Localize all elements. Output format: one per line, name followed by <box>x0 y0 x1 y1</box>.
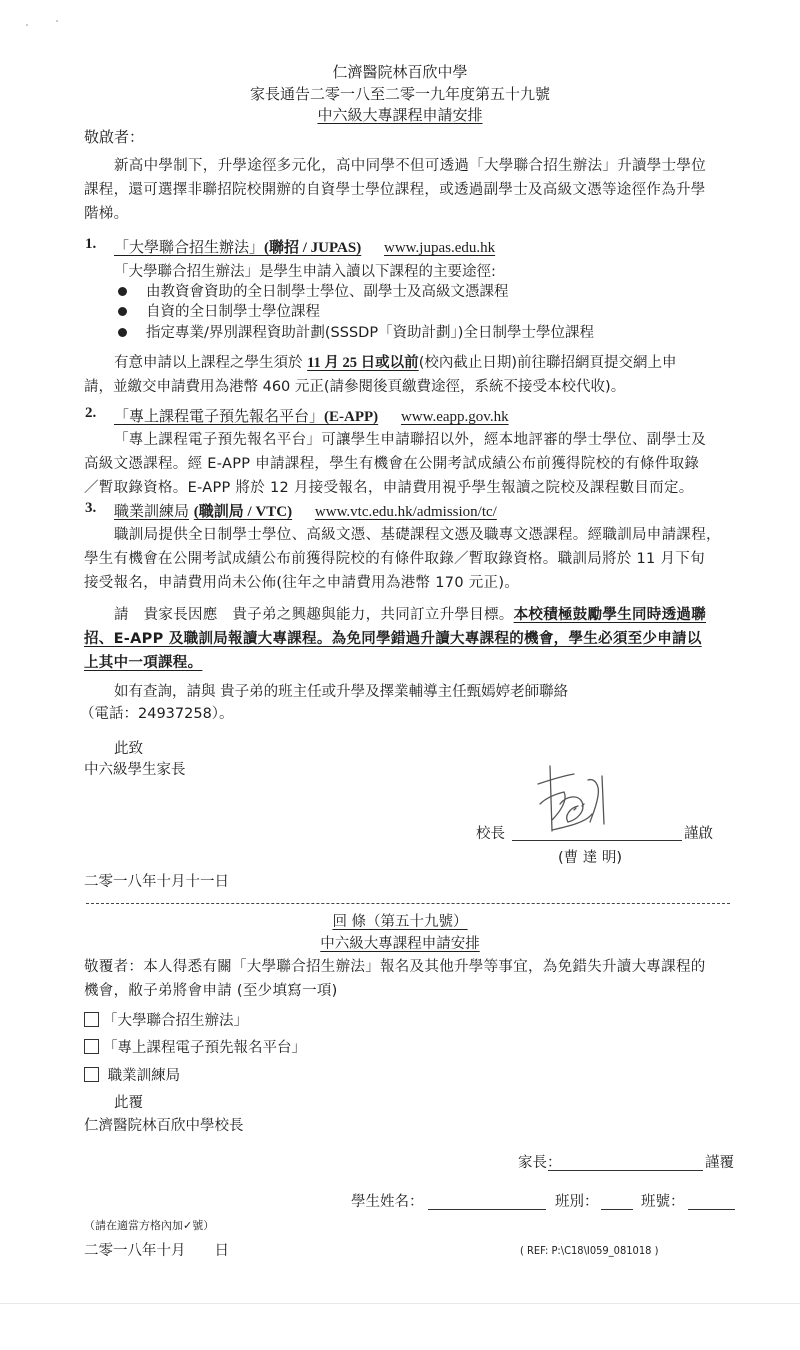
section-1-bullet: 自資的全日制學士學位課程 <box>146 302 320 322</box>
tick-note: （請在適當方格內加✓號） <box>84 1218 214 1234</box>
enquiry-line1: 如有查詢，請與 貴子弟的班主任或升學及擇業輔導主任甄嫣婷老師聯絡 <box>114 682 568 702</box>
principal-signature-icon <box>530 756 630 836</box>
principal-label: 校長 <box>476 824 505 844</box>
option-eapp[interactable]: 「專上課程電子預先報名平台」 <box>84 1038 306 1058</box>
checkbox-jupas[interactable] <box>84 1012 99 1027</box>
reply-date: 二零一八年十月 日 <box>84 1241 229 1261</box>
intro-line: 新高中學制下，升學途徑多元化，高中同學不但可透過「大學聯合招生辦法」升讀學士學位 <box>84 154 744 178</box>
section-3-body: 職訓局提供全日制學士學位、高級文憑、基礎課程文憑及職專文憑課程。經職訓局申請課程… <box>84 523 744 595</box>
section-1-number: 1. <box>85 236 96 253</box>
encourage-emphasis: 上其中一項課程。 <box>84 651 744 675</box>
notice-title-text: 中六級大專課程申請安排 <box>317 106 482 124</box>
section-3-label: 職業訓練局 <box>114 502 189 520</box>
section-3-abbr: (職訓局 / VTC) <box>194 504 292 520</box>
section-1-url[interactable]: www.jupas.edu.hk <box>384 240 495 256</box>
reply-slip-body: 敬覆者：本人得悉有關「大學聯合招生辦法」報名及其他升學等事宜，為免錯失升讀大專課… <box>84 955 744 1003</box>
section-2-heading: 「專上課程電子預先報名平台」(E-APP) www.eapp.gov.hk <box>114 405 509 426</box>
encourage-emphasis: 本校積極鼓勵學生同時透過聯 <box>514 607 706 623</box>
reply-slip-title-text: 回 條（第五十九號） <box>332 914 467 930</box>
encourage-plain: 請 貴家長因應 貴子弟之興趣與能力，共同訂立升學目標。 <box>114 607 514 623</box>
section-3-line: 學生有機會在公開考試成績公布前獲得院校的有條件取錄／暫取錄資格。職訓局將於 11… <box>84 547 744 571</box>
bullet-icon <box>118 307 127 316</box>
section-2-label: 「專上課程電子預先報名平台」 <box>114 407 324 425</box>
section-1-abbr: (聯招 / JUPAS) <box>264 240 361 256</box>
section-3-number: 3. <box>85 500 96 517</box>
section-2-url[interactable]: www.eapp.gov.hk <box>401 409 509 425</box>
class-no-field[interactable] <box>688 1209 735 1210</box>
salutation: 敬啟者： <box>84 127 144 147</box>
principal-respect: 謹啟 <box>684 824 713 844</box>
bullet-icon <box>118 287 127 296</box>
tear-off-line <box>86 903 730 904</box>
bullet-icon <box>118 328 127 337</box>
section-1-heading: 「大學聯合招生辦法」(聯招 / JUPAS) www.jupas.edu.hk <box>114 236 495 257</box>
section-1-label: 「大學聯合招生辦法」 <box>114 238 264 256</box>
option-jupas[interactable]: 「大學聯合招生辦法」 <box>84 1011 248 1031</box>
class-field[interactable] <box>601 1209 633 1210</box>
section-3-line: 職訓局提供全日制學士學位、高級文憑、基礎課程文憑及職專文憑課程。經職訓局申請課程… <box>84 523 744 547</box>
intro-line: 階梯。 <box>84 202 744 226</box>
encourage-emphasis: 招、E-APP 及職訓局報讀大專課程。為免同學錯過升讀大專課程的機會，學生必須至… <box>84 627 744 651</box>
closing-recipient: 中六級學生家長 <box>84 760 186 780</box>
closing-cizhi: 此致 <box>114 739 143 759</box>
reply-cifu: 此覆 <box>114 1093 143 1113</box>
option-eapp-label: 「專上課程電子預先報名平台」 <box>103 1040 306 1056</box>
section-2-line: ／暫取錄資格。E-APP 將於 12 月接受報名，申請費用視乎學生報讀之院校及課… <box>84 476 744 500</box>
notice-date: 二零一八年十月十一日 <box>84 872 229 892</box>
student-name-field[interactable] <box>428 1209 546 1210</box>
notice-number: 家長通告二零一八至二零一九年度第五十九號 <box>0 84 800 104</box>
reply-addressee: 仁濟醫院林百欣中學校長 <box>84 1116 244 1136</box>
enquiry-phone: （電話：24937258）。 <box>80 704 234 724</box>
section-1-bullet: 由教資會資助的全日制學士學位、副學士及高級文憑課程 <box>146 282 509 302</box>
reply-slip-subtitle-text: 中六級大專課程申請安排 <box>320 936 480 952</box>
section-1-lead: 「大學聯合招生辦法」是學生申請入讀以下課程的主要途徑: <box>114 262 496 282</box>
section-1-body-line2: 請，並繳交申請費用為港幣 460 元正(請參閱後頁繳費途徑，系統不接受本校代收)… <box>84 377 625 397</box>
section-3-line: 接受報名，申請費用尚未公佈(往年之申請費用為港幣 170 元正)。 <box>84 571 744 595</box>
intro-paragraph: 新高中學制下，升學途徑多元化，高中同學不但可透過「大學聯合招生辦法」升讀學士學位… <box>84 154 744 226</box>
section-3-url[interactable]: www.vtc.edu.hk/admission/tc/ <box>315 504 497 520</box>
intro-line: 課程，還可選擇非聯招院校開辦的自資學士學位課程，或透過副學士及高級文憑等途徑作為… <box>84 178 744 202</box>
encourage-line: 請 貴家長因應 貴子弟之興趣與能力，共同訂立升學目標。本校積極鼓勵學生同時透過聯 <box>84 603 744 627</box>
class-label: 班別： <box>555 1192 599 1212</box>
parent-signature-field[interactable] <box>548 1170 703 1171</box>
section-2-line: 「專上課程電子預先報名平台」可讓學生申請聯招以外，經本地評審的學士學位、副學士及 <box>84 428 744 452</box>
notice-title: 中六級大專課程申請安排 <box>0 105 800 125</box>
notice-page: 仁濟醫院林百欣中學 家長通告二零一八至二零一九年度第五十九號 中六級大專課程申請… <box>0 0 800 1350</box>
checkbox-eapp[interactable] <box>84 1039 99 1054</box>
section-2-number: 2. <box>85 405 96 422</box>
option-vtc-label: 職業訓練局 <box>108 1068 181 1084</box>
section-1-body-post: (校內截止日期)前往聯招網頁提交網上申 <box>419 355 677 371</box>
scan-speck <box>26 24 28 26</box>
principal-signature-line <box>512 840 682 841</box>
encourage-paragraph: 請 貴家長因應 貴子弟之興趣與能力，共同訂立升學目標。本校積極鼓勵學生同時透過聯… <box>84 603 744 675</box>
reply-slip-title: 回 條（第五十九號） <box>0 912 800 932</box>
section-1-body-pre: 有意申請以上課程之學生須於 <box>114 355 307 371</box>
section-2-abbr: (E-APP) <box>324 409 378 425</box>
section-3-heading: 職業訓練局 (職訓局 / VTC) www.vtc.edu.hk/admissi… <box>114 500 497 521</box>
scan-speck <box>56 20 58 22</box>
reply-slip-body-line: 敬覆者：本人得悉有關「大學聯合招生辦法」報名及其他升學等事宜，為免錯失升讀大專課… <box>84 955 744 979</box>
reference-code: ( REF: P:\C18\I059_081018 ) <box>520 1244 658 1257</box>
parent-respect: 謹覆 <box>705 1153 734 1173</box>
section-2-line: 高級文憑課程。經 E-APP 申請課程，學生有機會在公開考試成績公布前獲得院校的… <box>84 452 744 476</box>
class-no-label: 班號： <box>641 1192 685 1212</box>
school-name: 仁濟醫院林百欣中學 <box>0 62 800 82</box>
student-name-label: 學生姓名： <box>351 1192 424 1212</box>
jupas-deadline: 11 月 25 日或以前 <box>307 355 419 371</box>
reply-slip-body-line: 機會，敝子弟將會申請 (至少填寫一項) <box>84 979 744 1003</box>
scan-edge <box>0 1303 800 1304</box>
section-1-bullet: 指定專業/界別課程資助計劃(SSSDP「資助計劃」)全日制學士學位課程 <box>146 323 594 343</box>
option-vtc[interactable]: 職業訓練局 <box>84 1066 180 1086</box>
checkbox-vtc[interactable] <box>84 1067 99 1082</box>
section-2-body: 「專上課程電子預先報名平台」可讓學生申請聯招以外，經本地評審的學士學位、副學士及… <box>84 428 744 500</box>
option-jupas-label: 「大學聯合招生辦法」 <box>103 1013 248 1029</box>
principal-name: (曹 達 明) <box>558 848 622 868</box>
section-1-body-line1: 有意申請以上課程之學生須於 11 月 25 日或以前(校內截止日期)前往聯招網頁… <box>114 353 677 373</box>
reply-slip-subtitle: 中六級大專課程申請安排 <box>0 934 800 954</box>
